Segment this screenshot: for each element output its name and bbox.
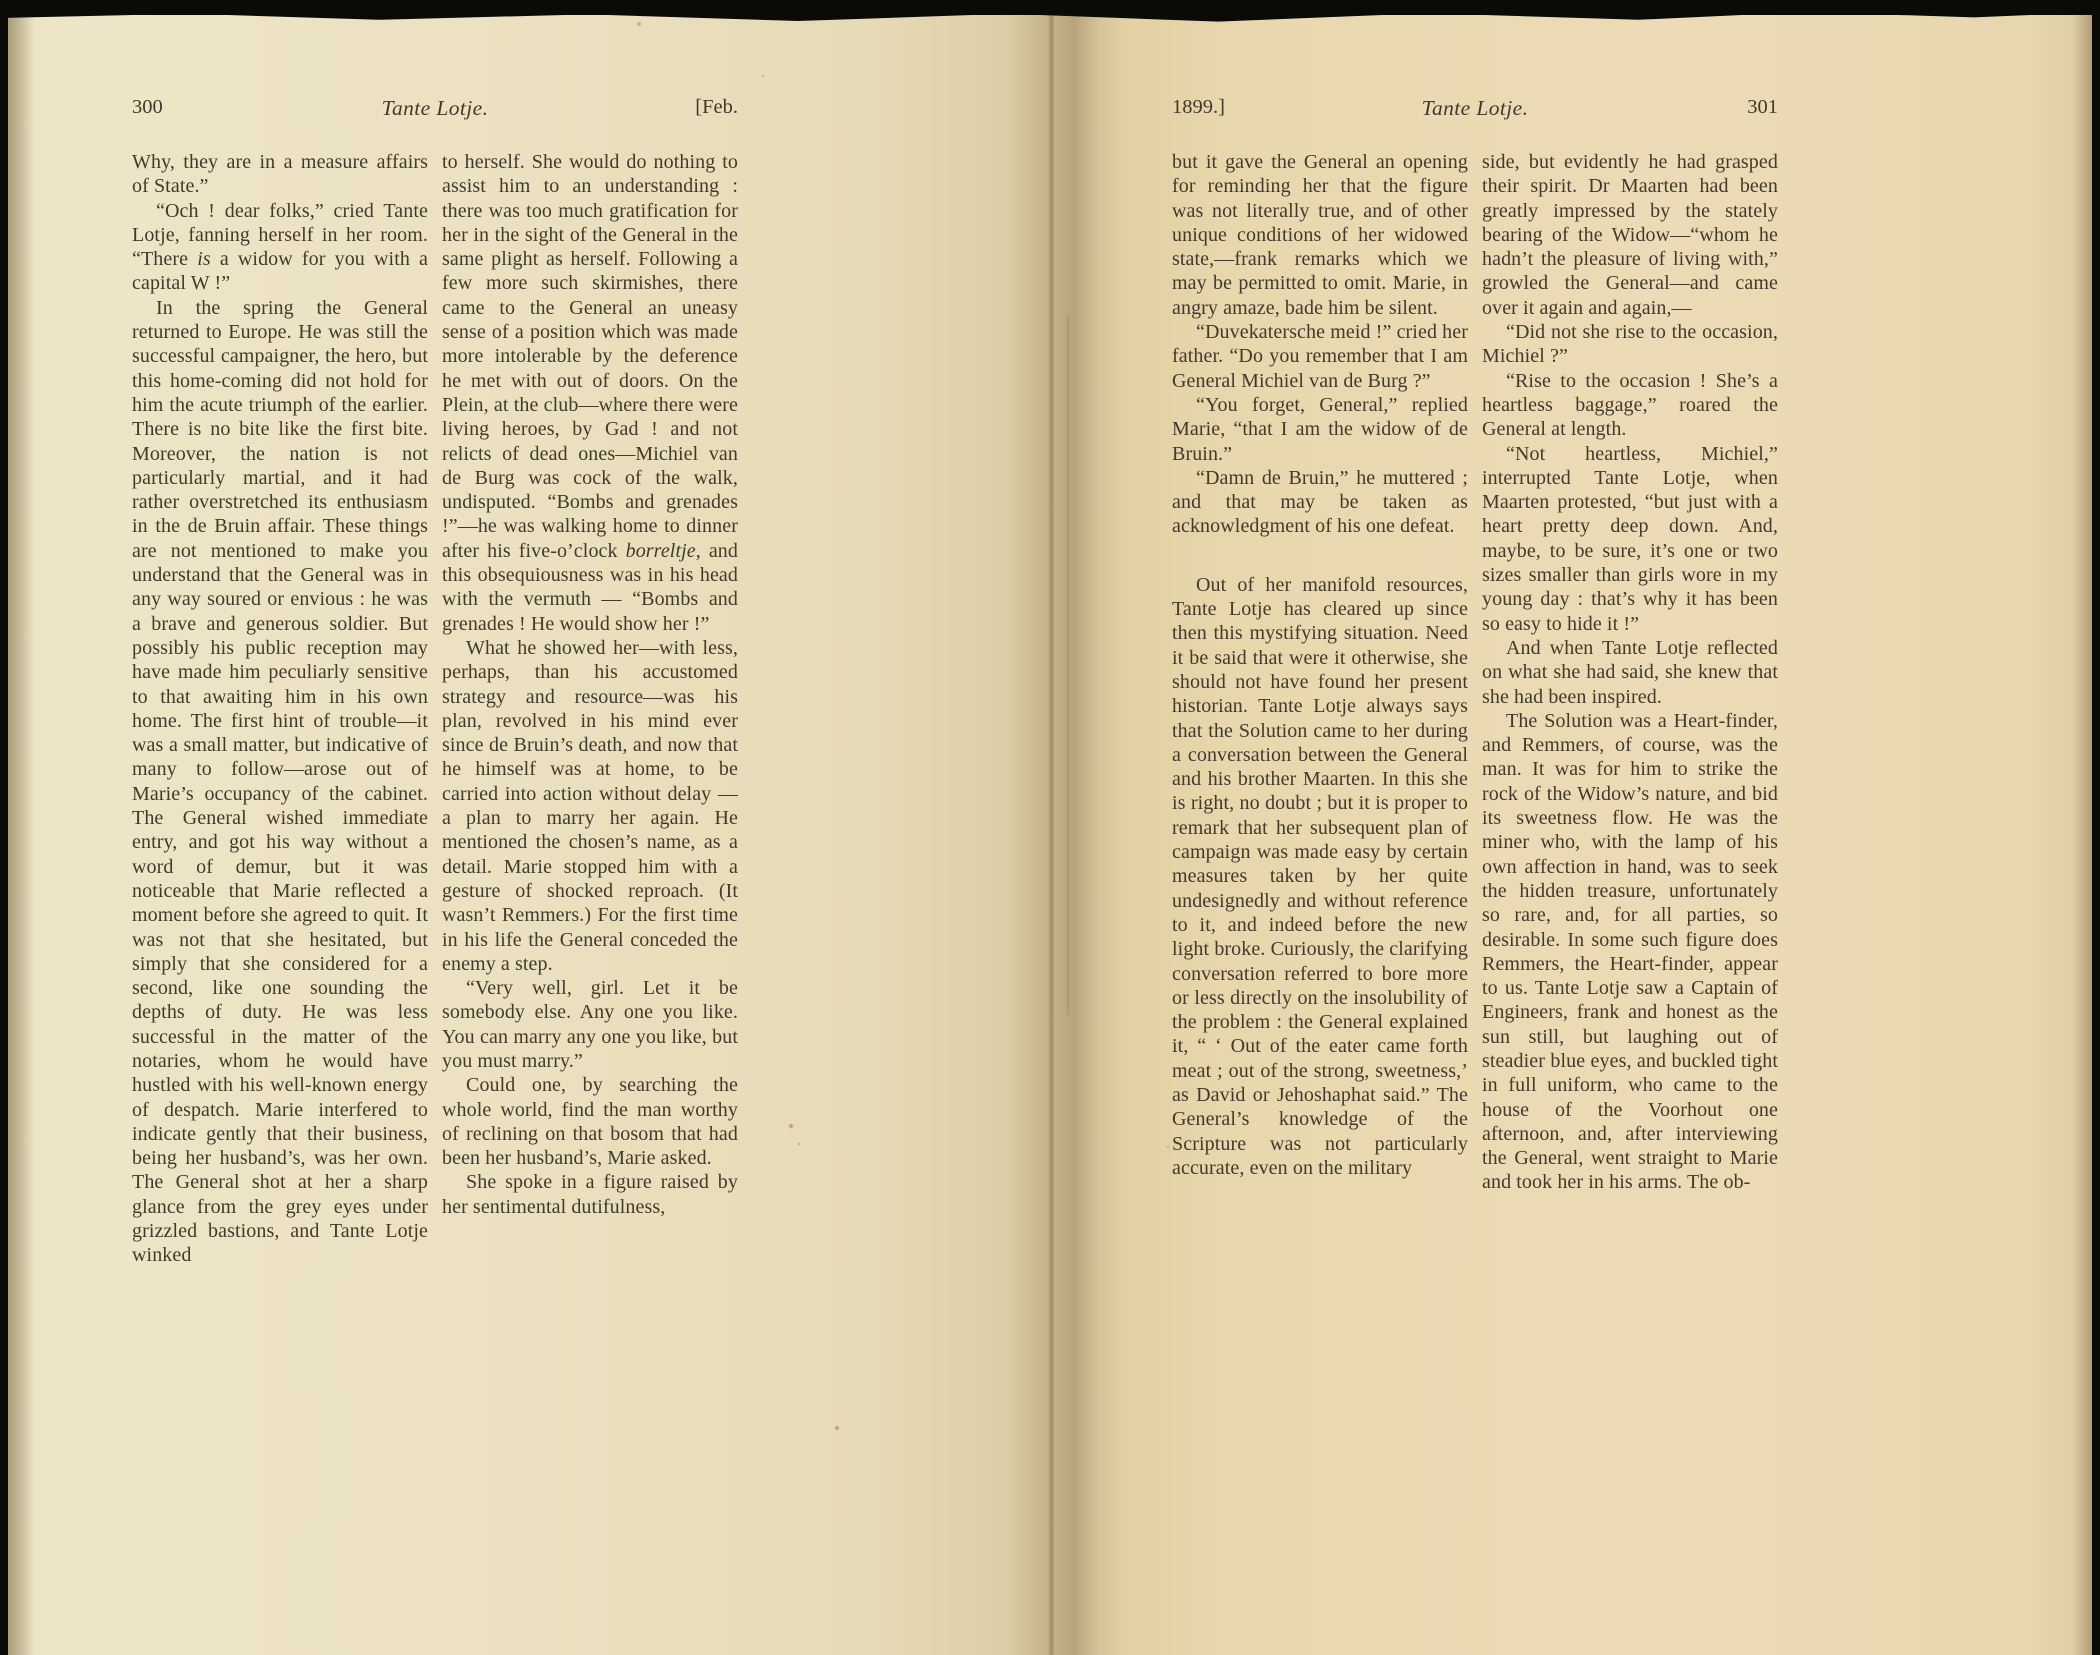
paragraph: “Duvekatersche meid !” cried her father.… <box>1172 320 1468 393</box>
paragraph: to herself. She would do nothing to assi… <box>442 150 738 636</box>
paragraph: but it gave the General an opening for r… <box>1172 150 1468 320</box>
text-column: but it gave the General an opening for r… <box>1172 150 1468 1195</box>
running-title: Tante Lotje. <box>1172 96 1778 121</box>
paragraph: “Did not she rise to the occasion, Michi… <box>1482 320 1778 369</box>
paragraph: Could one, by searching the whole world,… <box>442 1073 738 1170</box>
text-columns: Why, they are in a measure affairs of St… <box>132 150 738 1268</box>
book-scan-photo: { "colors": { "background": "#0b0a07", "… <box>0 0 2100 1655</box>
gutter-crease <box>1048 15 1055 1655</box>
paragraph: Why, they are in a measure affairs of St… <box>132 150 428 199</box>
paragraph: side, but evidently he had grasped their… <box>1482 150 1778 320</box>
paragraph: “Not heartless, Michiel,” interrupted Ta… <box>1482 442 1778 636</box>
page-right: 1899.] Tante Lotje. 301 but it gave the … <box>1172 96 1778 1195</box>
text-columns: but it gave the General an opening for r… <box>1172 150 1778 1195</box>
page-header-left: 300 Tante Lotje. [Feb. <box>132 96 738 126</box>
paragraph: The Solution was a Heart-finder, and Rem… <box>1482 709 1778 1195</box>
paragraph: In the spring the General returned to Eu… <box>132 296 428 1268</box>
running-title: Tante Lotje. <box>132 96 738 121</box>
paragraph: “You forget, General,” replied Marie, “t… <box>1172 393 1468 466</box>
page-header-right: 1899.] Tante Lotje. 301 <box>1172 96 1778 126</box>
page-number: 301 <box>1747 96 1778 119</box>
paragraph: What he showed her—with less, perhaps, t… <box>442 636 738 976</box>
text-column: to herself. She would do nothing to assi… <box>442 150 738 1268</box>
issue-date-label: [Feb. <box>695 96 738 119</box>
paragraph: “Damn de Bruin,” he muttered ; and that … <box>1172 466 1468 539</box>
page-edge-shadow-right <box>2072 15 2092 1655</box>
gutter-crease-secondary <box>1066 315 1070 1015</box>
paragraph: “Rise to the occasion ! She’s a heartles… <box>1482 369 1778 442</box>
paragraph: She spoke in a figure raised by her sent… <box>442 1170 738 1219</box>
book-gutter-shadow <box>1008 15 1128 1655</box>
page-left: 300 Tante Lotje. [Feb. Why, they are in … <box>132 96 738 1268</box>
paragraph: “Och ! dear folks,” cried Tante Lotje, f… <box>132 199 428 296</box>
page-edge-shadow-left <box>8 15 34 1655</box>
paragraph: And when Tante Lotje reflected on what s… <box>1482 636 1778 709</box>
text-column: side, but evidently he had grasped their… <box>1482 150 1778 1195</box>
paragraph: Out of her manifold resources, Tante Lot… <box>1172 573 1468 1180</box>
paragraph: “Very well, girl. Let it be somebody els… <box>442 976 738 1073</box>
text-column: Why, they are in a measure affairs of St… <box>132 150 428 1268</box>
